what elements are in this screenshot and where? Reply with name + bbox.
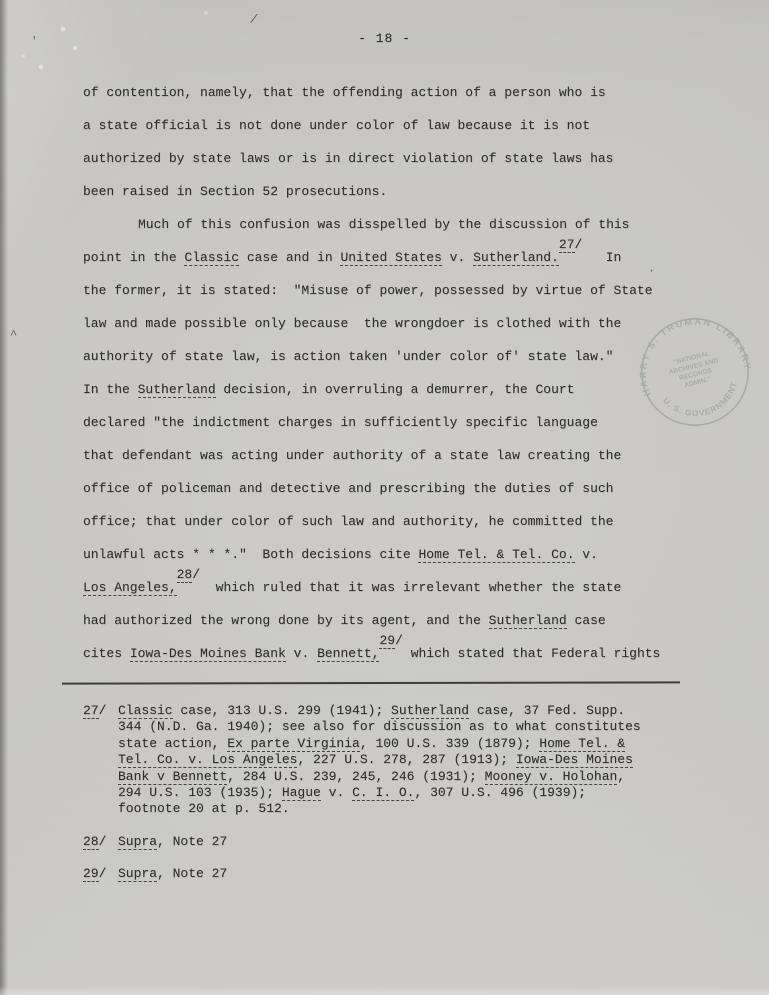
scan-edge-shadow [0,0,8,995]
footnote-line: Classic case, 313 U.S. 299 (1941); Suthe… [118,703,705,719]
underlined-text: Sutherland [138,382,216,398]
footnote-line: Supra, Note 27 [118,834,705,850]
footnote-item: 28/Supra, Note 27 [83,834,705,850]
underlined-text: Sutherland [489,613,567,629]
underlined-text: Hague [282,785,321,801]
text-line: the former, it is stated: "Misuse of pow… [83,274,733,307]
text-run: , 307 U.S. 496 (1939); [414,785,586,800]
text-run: office of policeman and detective and pr… [83,481,614,496]
underlined-text: Iowa-Des Moines Bank [130,646,286,662]
underlined-text: Los Angeles, [83,580,177,596]
underlined-text: Classic [118,703,173,719]
text-run: case [567,613,606,628]
footnote-text: Supra, Note 27 [118,866,705,882]
text-run: office; that under color of such law and… [83,514,614,529]
underlined-text: Home Tel. & Tel. Co. [418,547,574,563]
text-run: case, 37 Fed. Supp. [469,703,625,718]
footnote-line: Tel. Co. v. Los Angeles, 227 U.S. 278, 2… [118,752,705,768]
scan-edge-highlight [0,986,769,995]
footnote-separator [62,681,680,684]
text-run: v. [286,646,317,661]
text-run: footnote 20 at p. 512. [118,801,290,816]
footnote-marker-number: 28 [83,834,99,850]
underlined-text: Supra [118,866,157,882]
underlined-text: Supra [118,834,157,850]
text-line: had authorized the wrong done by its age… [83,604,733,637]
footnote-marker: 27/ [83,703,118,719]
text-run: declared "the indictment charges in suff… [83,415,598,430]
text-line: that defendant was acting under authorit… [83,439,733,472]
footnote-ref-number: 27 [559,237,575,253]
text-run: v. [442,250,473,265]
footnote-line: footnote 20 at p. 512. [118,801,705,817]
text-run: , [617,769,625,784]
scan-mark: ^ [10,328,17,342]
text-line: a state official is not done under color… [83,109,733,142]
underlined-text: Sutherland [391,703,469,719]
footnote-ref: 27/ [559,237,582,252]
text-run: case and in [239,250,340,265]
footnote-ref: 28/ [177,567,200,582]
text-run: state action, [118,736,227,751]
footnote-line: 294 U.S. 103 (1935); Hague v. C. I. O., … [118,785,705,801]
text-line: authority of state law, is action taken … [83,340,733,373]
page-number: - 18 - [0,31,769,46]
text-run: cites [83,646,130,661]
footnote-line: Supra, Note 27 [118,866,705,882]
text-run: , 227 U.S. 278, 287 (1913); [297,752,515,767]
text-line: declared "the indictment charges in suff… [83,406,733,439]
underlined-text: Tel. Co. v. Los Angeles [118,752,297,768]
text-line: point in the Classic case and in United … [83,241,733,274]
text-line: Los Angeles,28/ which ruled that it was … [83,571,733,604]
footnote-line: state action, Ex parte Virginia, 100 U.S… [118,736,705,752]
underlined-text: Bank v Bennett [118,769,227,785]
text-run: which stated that Federal rights [403,646,660,661]
text-run: Much of this confusion was disspelled by… [138,217,629,232]
footnote-list: 27/Classic case, 313 U.S. 299 (1941); Su… [83,703,705,883]
text-run: decision, in overruling a demurrer, the … [216,382,575,397]
text-run: had authorized the wrong done by its age… [83,613,489,628]
text-run: law and made possible only because the w… [83,316,621,331]
footnote-ref: 29/ [379,633,402,648]
text-run: , Note 27 [157,866,227,881]
text-run: case, 313 U.S. 299 (1941); [173,703,391,718]
footnote-marker: 29/ [83,866,118,882]
underlined-text: Classic [184,250,239,266]
footnote-text: Classic case, 313 U.S. 299 (1941); Suthe… [118,703,705,818]
text-line: In the Sutherland decision, in overrulin… [83,373,733,406]
text-run: been raised in Section 52 prosecutions. [83,184,387,199]
underlined-text: Mooney v. Holohan [485,769,618,785]
underlined-text: Iowa-Des Moines [516,752,633,768]
footnote-line: Bank v Bennett, 284 U.S. 239, 245, 246 (… [118,769,705,785]
text-run: 344 (N.D. Ga. 1940); see also for discus… [118,719,641,734]
underlined-text: Home Tel. & [539,736,625,752]
footnote-marker-number: 29 [83,866,99,882]
text-run: a state official is not done under color… [83,118,590,133]
text-run: 294 U.S. 103 (1935); [118,785,282,800]
text-run: unlawful acts * * *." Both decisions cit… [83,547,418,562]
footnote-text: Supra, Note 27 [118,834,705,850]
text-line: been raised in Section 52 prosecutions. [83,175,733,208]
text-run: the former, it is stated: "Misuse of pow… [83,283,653,298]
text-run: , Note 27 [157,834,227,849]
text-run: point in the [83,250,184,265]
underlined-text: United States [340,250,441,266]
scan-mark: / [249,12,259,28]
text-line: authorized by state laws or is in direct… [83,142,733,175]
text-line: law and made possible only because the w… [83,307,733,340]
text-line: office; that under color of such law and… [83,505,733,538]
text-run: that defendant was acting under authorit… [83,448,621,463]
body-text: of contention, namely, that the offendin… [83,76,733,670]
text-run: of contention, namely, that the offendin… [83,85,606,100]
footnote-marker-number: 27 [83,703,99,719]
footnote-ref-number: 28 [177,567,193,583]
scanned-page: - 18 - / ' ^ · of contention, namely, th… [0,0,769,995]
text-run: In [582,250,621,265]
underlined-text: Sutherland. [473,250,559,266]
footnote-item: 27/Classic case, 313 U.S. 299 (1941); Su… [83,703,705,818]
text-line: Much of this confusion was disspelled by… [83,208,733,241]
underlined-text: Ex parte Virginia [227,736,360,752]
underlined-text: C. I. O. [352,785,414,801]
text-run: authority of state law, is action taken … [83,349,614,364]
underlined-text: Bennett, [317,646,379,662]
footnote-item: 29/Supra, Note 27 [83,866,705,882]
text-run: In the [83,382,138,397]
text-line: office of policeman and detective and pr… [83,472,733,505]
footnote-marker: 28/ [83,834,118,850]
text-line: of contention, namely, that the offendin… [83,76,733,109]
footnote-line: 344 (N.D. Ga. 1940); see also for discus… [118,719,705,735]
text-run: v. [321,785,352,800]
text-run: authorized by state laws or is in direct… [83,151,614,166]
text-run: v. [575,547,598,562]
footnote-ref-number: 29 [379,633,395,649]
text-run: which ruled that it was irrelevant wheth… [200,580,621,595]
text-run: , 100 U.S. 339 (1879); [360,736,539,751]
paper-speckles [0,0,2,2]
text-run: , 284 U.S. 239, 245, 246 (1931); [227,769,484,784]
text-line: cites Iowa-Des Moines Bank v. Bennett,29… [83,637,733,670]
